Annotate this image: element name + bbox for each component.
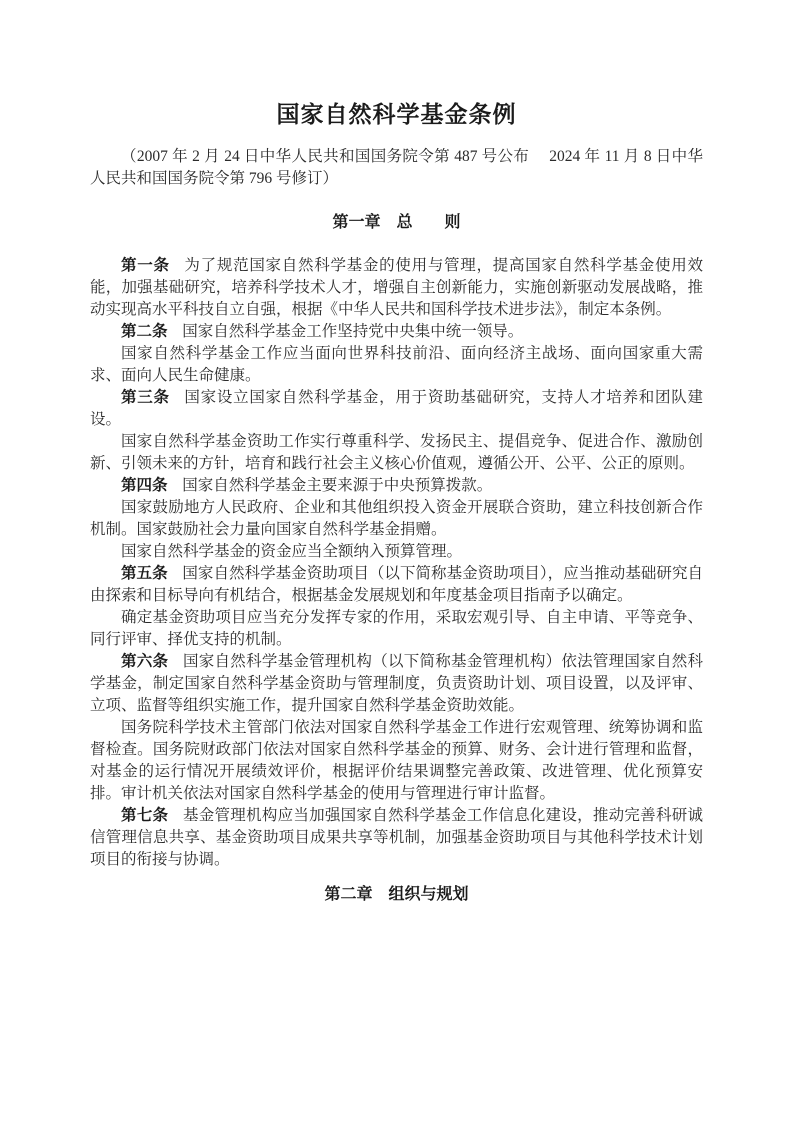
paragraph: 国家自然科学基金的资金应当全额纳入预算管理。 (90, 541, 703, 563)
paragraph: 第七条基金管理机构应当加强国家自然科学基金工作信息化建设，推动完善科研诚信管理信… (90, 805, 703, 871)
paragraph: 第五条国家自然科学基金资助项目（以下简称基金资助项目），应当推动基础研究自由探索… (90, 563, 703, 607)
paragraph-text: 国家自然科学基金管理机构（以下简称基金管理机构）依法管理国家自然科学基金，制定国… (90, 653, 703, 714)
paragraph-text: 国家自然科学基金工作应当面向世界科技前沿、面向经济主战场、面向国家重大需求、面向… (90, 345, 703, 384)
paragraph: 国务院科学技术主管部门依法对国家自然科学基金工作进行宏观管理、统筹协调和监督检查… (90, 717, 703, 805)
paragraph: 第三条国家设立国家自然科学基金，用于资助基础研究，支持人才培养和团队建设。 (90, 387, 703, 431)
article-list: 第一条为了规范国家自然科学基金的使用与管理，提高国家自然科学基金使用效能，加强基… (90, 255, 703, 871)
paragraph-text: 国家自然科学基金主要来源于中央预算拨款。 (182, 477, 492, 494)
paragraph-text: 国家自然科学基金的资金应当全额纳入预算管理。 (121, 543, 462, 560)
paragraph-text: 国家自然科学基金资助项目（以下简称基金资助项目），应当推动基础研究自由探索和目标… (90, 565, 703, 604)
paragraph: 第四条国家自然科学基金主要来源于中央预算拨款。 (90, 475, 703, 497)
document-page: 国家自然科学基金条例 （2007 年 2 月 24 日中华人民共和国国务院令第 … (0, 0, 793, 1122)
paragraph-text: 国家自然科学基金工作坚持党中央集中统一领导。 (182, 323, 523, 340)
paragraph-text: 确定基金资助项目应当充分发挥专家的作用，采取宏观引导、自主申请、平等竞争、同行评… (90, 609, 703, 648)
paragraph-text: 国家设立国家自然科学基金，用于资助基础研究，支持人才培养和团队建设。 (90, 389, 703, 428)
paragraph-text: 基金管理机构应当加强国家自然科学基金工作信息化建设，推动完善科研诚信管理信息共享… (90, 807, 703, 868)
paragraph-text: 为了规范国家自然科学基金的使用与管理，提高国家自然科学基金使用效能，加强基础研究… (90, 257, 703, 318)
article-number-label: 第二条 (121, 323, 168, 340)
paragraph: 第一条为了规范国家自然科学基金的使用与管理，提高国家自然科学基金使用效能，加强基… (90, 255, 703, 321)
paragraph: 第二条国家自然科学基金工作坚持党中央集中统一领导。 (90, 321, 703, 343)
article-number-label: 第七条 (121, 807, 168, 824)
paragraph: 国家自然科学基金资助工作实行尊重科学、发扬民主、提倡竞争、促进合作、激励创新、引… (90, 431, 703, 475)
chapter-heading-2: 第二章 组织与规划 (90, 884, 703, 906)
paragraph-text: 国家自然科学基金资助工作实行尊重科学、发扬民主、提倡竞争、促进合作、激励创新、引… (90, 433, 703, 472)
article-number-label: 第五条 (121, 565, 168, 582)
paragraph: 国家鼓励地方人民政府、企业和其他组织投入资金开展联合资助，建立科技创新合作机制。… (90, 497, 703, 541)
paragraph: 确定基金资助项目应当充分发挥专家的作用，采取宏观引导、自主申请、平等竞争、同行评… (90, 607, 703, 651)
paragraph-text: 国务院科学技术主管部门依法对国家自然科学基金工作进行宏观管理、统筹协调和监督检查… (90, 719, 703, 802)
article-number-label: 第三条 (121, 389, 170, 406)
paragraph-text: 国家鼓励地方人民政府、企业和其他组织投入资金开展联合资助，建立科技创新合作机制。… (90, 499, 703, 538)
article-number-label: 第四条 (121, 477, 168, 494)
paragraph: 第六条国家自然科学基金管理机构（以下简称基金管理机构）依法管理国家自然科学基金，… (90, 651, 703, 717)
article-number-label: 第六条 (121, 653, 168, 670)
chapter-heading-1: 第一章 总 则 (90, 212, 703, 234)
publication-note: （2007 年 2 月 24 日中华人民共和国国务院令第 487 号公布 202… (90, 146, 703, 190)
article-number-label: 第一条 (121, 257, 170, 274)
paragraph: 国家自然科学基金工作应当面向世界科技前沿、面向经济主战场、面向国家重大需求、面向… (90, 343, 703, 387)
document-title: 国家自然科学基金条例 (90, 100, 703, 130)
